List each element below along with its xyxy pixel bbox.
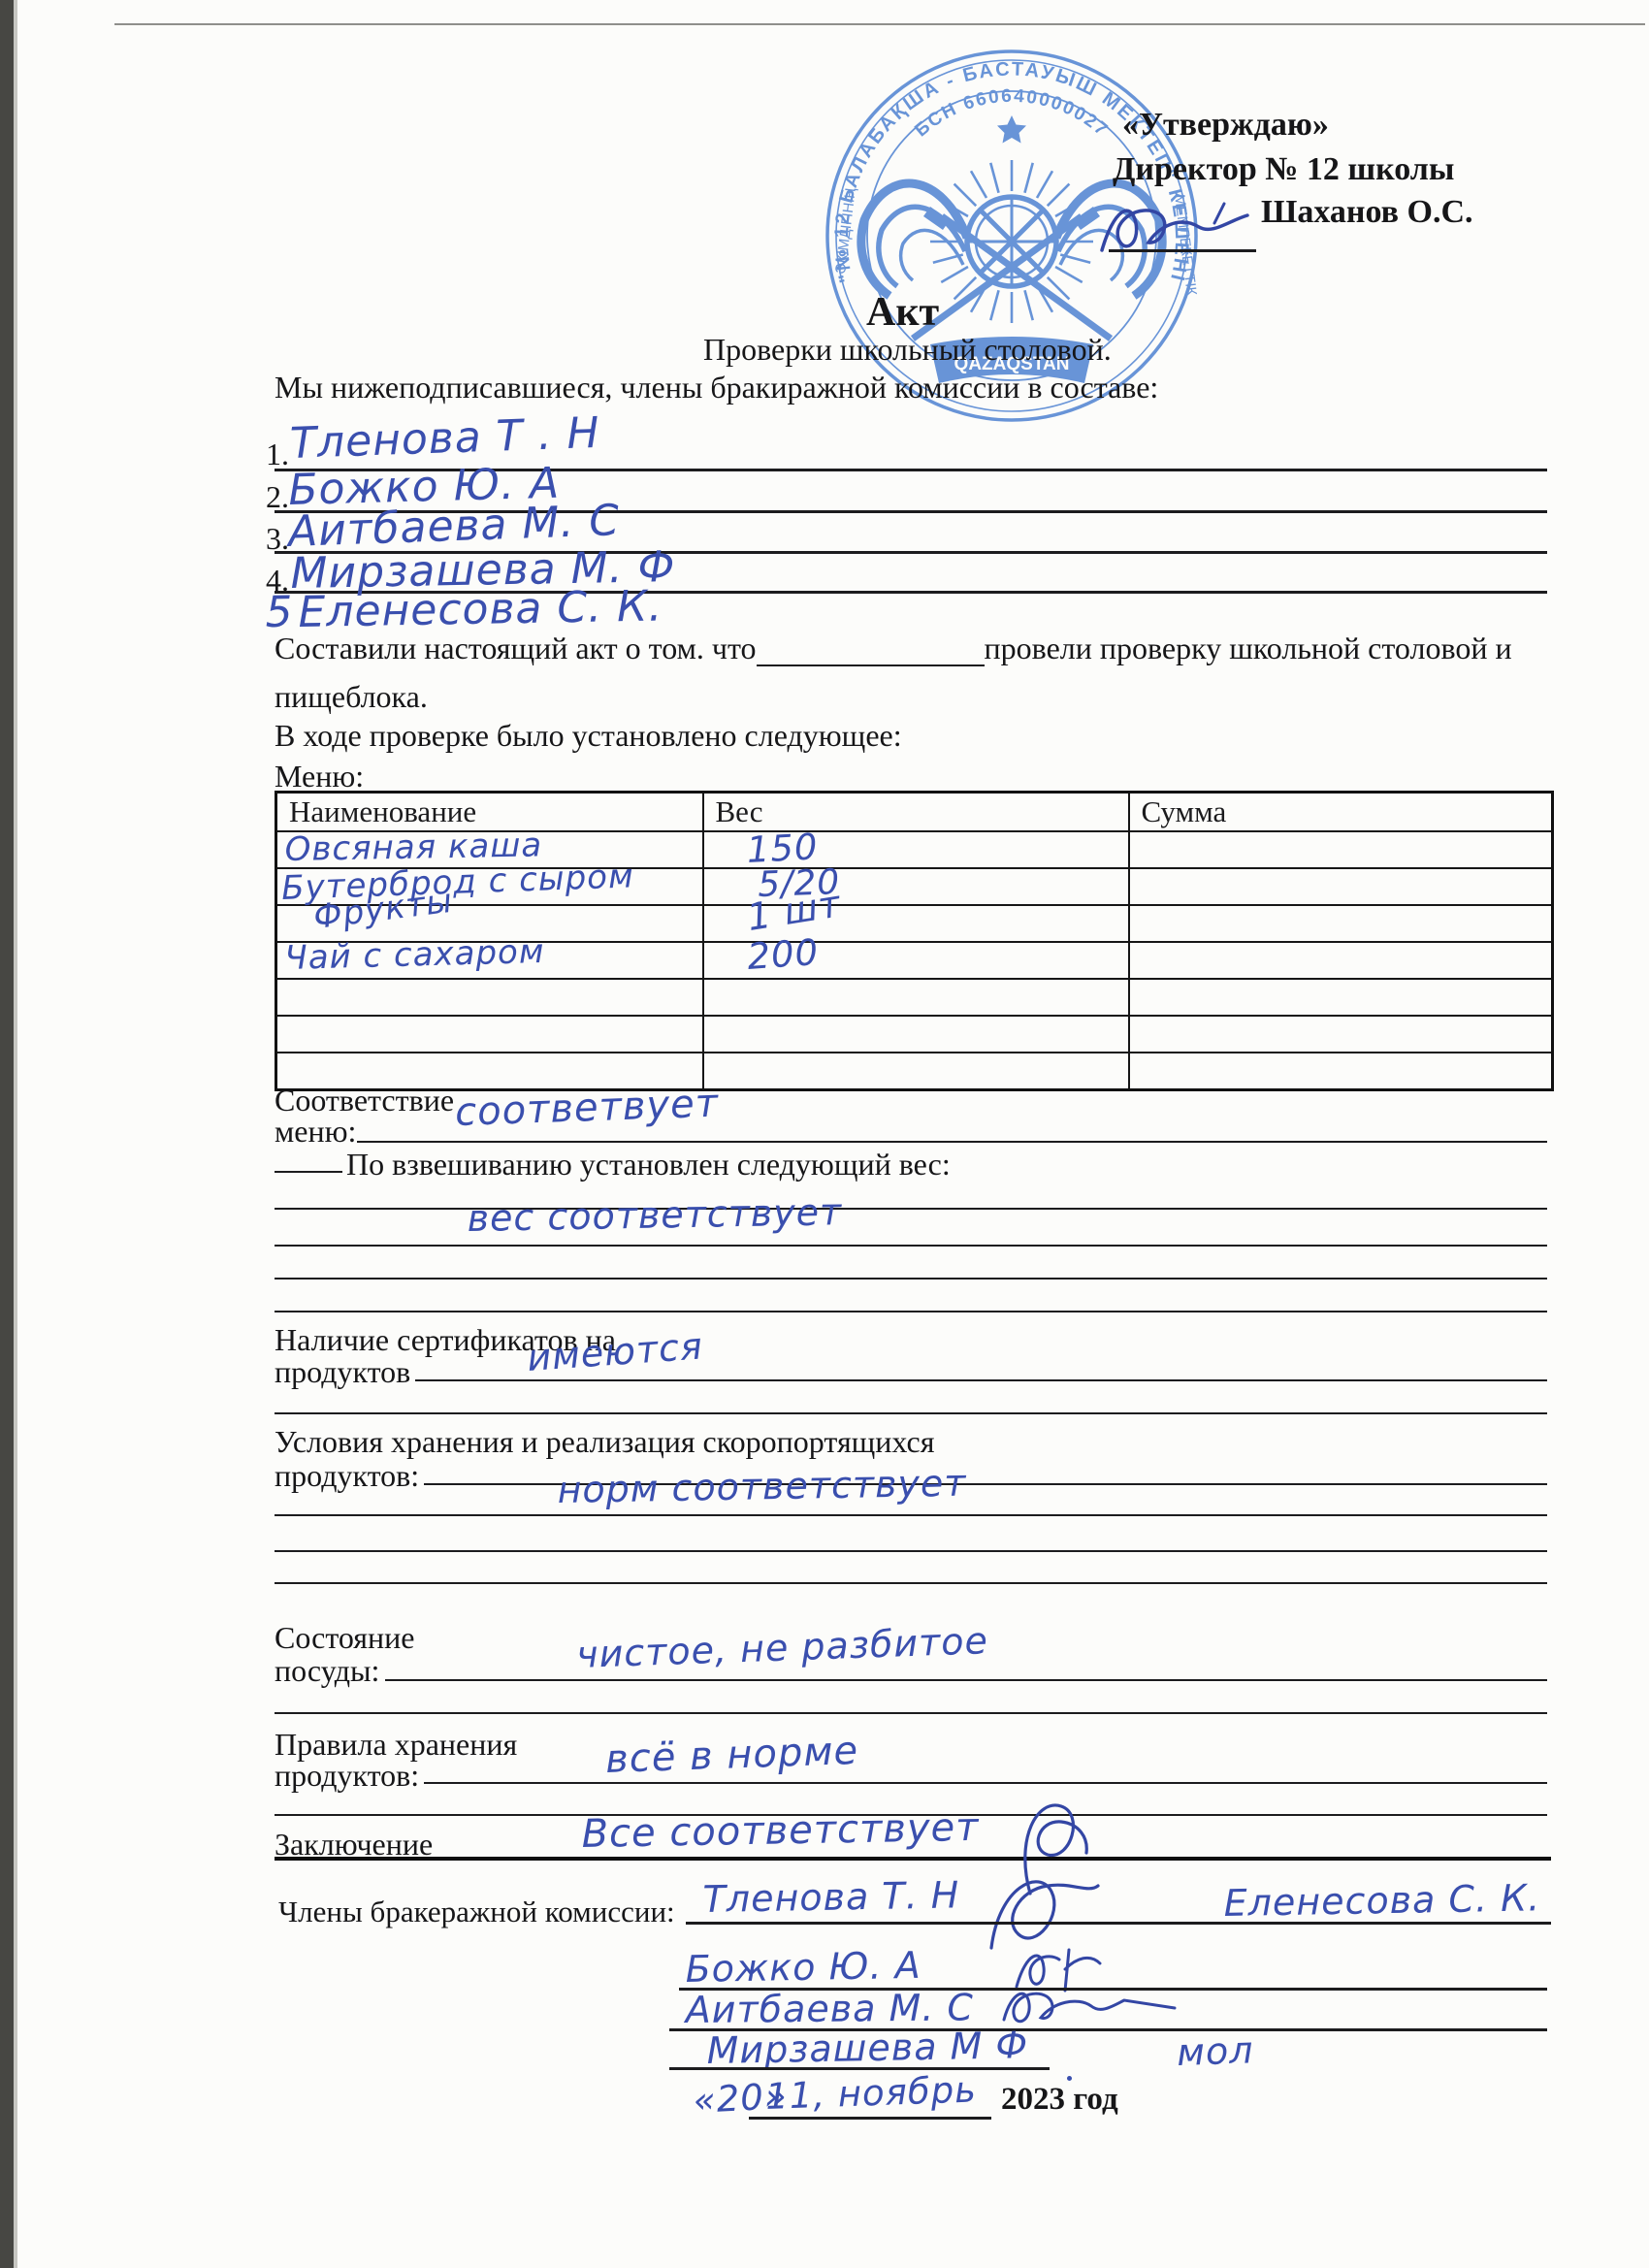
date-line	[749, 2117, 991, 2120]
menu-col-name: Наименование	[276, 793, 703, 832]
approval-quote: «Утверждаю»	[1122, 107, 1329, 144]
commission-name-2-handwritten: Божко Ю. А	[685, 1944, 921, 1991]
storage-label-line1: Условия хранения и реализация скоропортя…	[275, 1424, 934, 1460]
menu-row-4: Чай с сахаром 200	[276, 942, 1553, 979]
member-name-5-handwritten: Еленесова С. К.	[298, 581, 663, 637]
storage-line-4	[275, 1582, 1547, 1584]
menu-col-sum: Сумма	[1129, 793, 1553, 832]
scan-top-line	[114, 23, 1645, 25]
rules-value-handwritten: всё в норме	[604, 1729, 858, 1782]
scan-edge-strip	[0, 0, 14, 2268]
scanned-document: "№ 12 БАЛАБАҚША - БАСТАУЫШ МЕКТЕП" КЕШЕН…	[0, 0, 1649, 2268]
weighing-label: По взвешиванию установлен следующий вес:	[346, 1147, 951, 1183]
dishes-line-2	[275, 1712, 1547, 1714]
director-signature	[1094, 188, 1264, 264]
certificates-label-line2: продуктов	[275, 1354, 410, 1390]
menu-label: Меню:	[275, 759, 364, 794]
emblem-left-wing	[861, 183, 967, 296]
menu-table: Наименование Вес Сумма Овсяная каша 150 …	[275, 791, 1554, 1091]
rules-label-line2: продуктов:	[275, 1758, 419, 1794]
document-title: Акт	[866, 289, 939, 336]
approval-director-name: Шаханов О.С.	[1261, 194, 1473, 231]
weighing-line-1	[275, 1208, 1547, 1210]
conclusion-line	[275, 1857, 1551, 1861]
menu-row-7	[276, 1053, 1553, 1090]
dishes-label-line2: посуды:	[275, 1653, 379, 1689]
menu-row-2: Бутерброд с сыром 5/20	[276, 868, 1553, 905]
weighing-line-4	[275, 1311, 1547, 1312]
commission-name-4-handwritten: Мирзашева М Ф	[706, 2024, 1028, 2072]
commission-line-1	[686, 1922, 1551, 1925]
findings-line: В ходе проверке было установлено следующ…	[275, 718, 902, 754]
commission-signature-4-extra: мол	[1176, 2028, 1254, 2074]
weighing-value-handwritten: вес соответствует	[467, 1190, 842, 1240]
act-statement-before-blank: Составили настоящий акт о том. что	[275, 631, 757, 666]
menu-row-4-name: Чай с сахаром	[284, 932, 545, 978]
menu-match-value-handwritten: соответвует	[454, 1082, 719, 1135]
act-statement-line2: пищеблока.	[275, 679, 428, 715]
certificates-extra-line	[275, 1412, 1547, 1414]
act-statement-blank	[757, 635, 985, 666]
menu-table-header-row: Наименование Вес Сумма	[276, 793, 1553, 832]
intro-line: Мы нижеподписавшиеся, члены бракиражной …	[275, 370, 1158, 405]
dishes-value-handwritten: чистое, не разбитое	[575, 1619, 988, 1676]
rules-line-1	[424, 1782, 1547, 1784]
menu-match-line	[357, 1141, 1547, 1143]
menu-row-6	[276, 1016, 1553, 1053]
scan-edge-strip-light	[14, 0, 17, 2268]
menu-row-4-weight: 200	[746, 931, 820, 978]
act-statement-after-blank: провели проверку школьной столовой и	[985, 631, 1512, 666]
certificates-line	[415, 1379, 1547, 1381]
weighing-line-3	[275, 1278, 1547, 1280]
conclusion-value-handwritten: Все соответствует	[581, 1805, 980, 1857]
member-number-1: 1.	[266, 437, 289, 472]
commission-label: Члены бракеражной комиссии:	[278, 1895, 675, 1929]
document-subtitle: Проверки школьный столовой.	[703, 332, 1112, 368]
menu-row-5	[276, 979, 1553, 1016]
commission-line-4	[669, 2067, 1050, 2070]
commission-name-1-handwritten: Тленова Т. Н	[702, 1873, 959, 1921]
storage-line-3	[275, 1550, 1547, 1552]
approval-director-line: Директор № 12 школы	[1113, 151, 1454, 188]
menu-match-label-line2: меню:	[275, 1114, 356, 1150]
date-year: 2023 год	[1001, 2082, 1118, 2118]
signature-tick	[1209, 200, 1230, 227]
weighing-line-2	[275, 1245, 1547, 1247]
commission-name-5-handwritten: Еленесова С. К.	[1223, 1876, 1540, 1925]
menu-col-weight: Вес	[703, 793, 1129, 832]
emblem-star-icon	[997, 115, 1026, 144]
date-month-handwritten: 11, ноябрь	[764, 2068, 977, 2118]
weighing-stub-line	[275, 1171, 342, 1173]
storage-line-2	[275, 1514, 1547, 1516]
dishes-line-1	[385, 1679, 1547, 1681]
storage-value-handwritten: норм соответствует	[557, 1462, 967, 1511]
storage-label-line2: продуктов:	[275, 1458, 419, 1494]
ink-dot	[1067, 2076, 1072, 2081]
dishes-label-line1: Состояние	[275, 1620, 414, 1656]
